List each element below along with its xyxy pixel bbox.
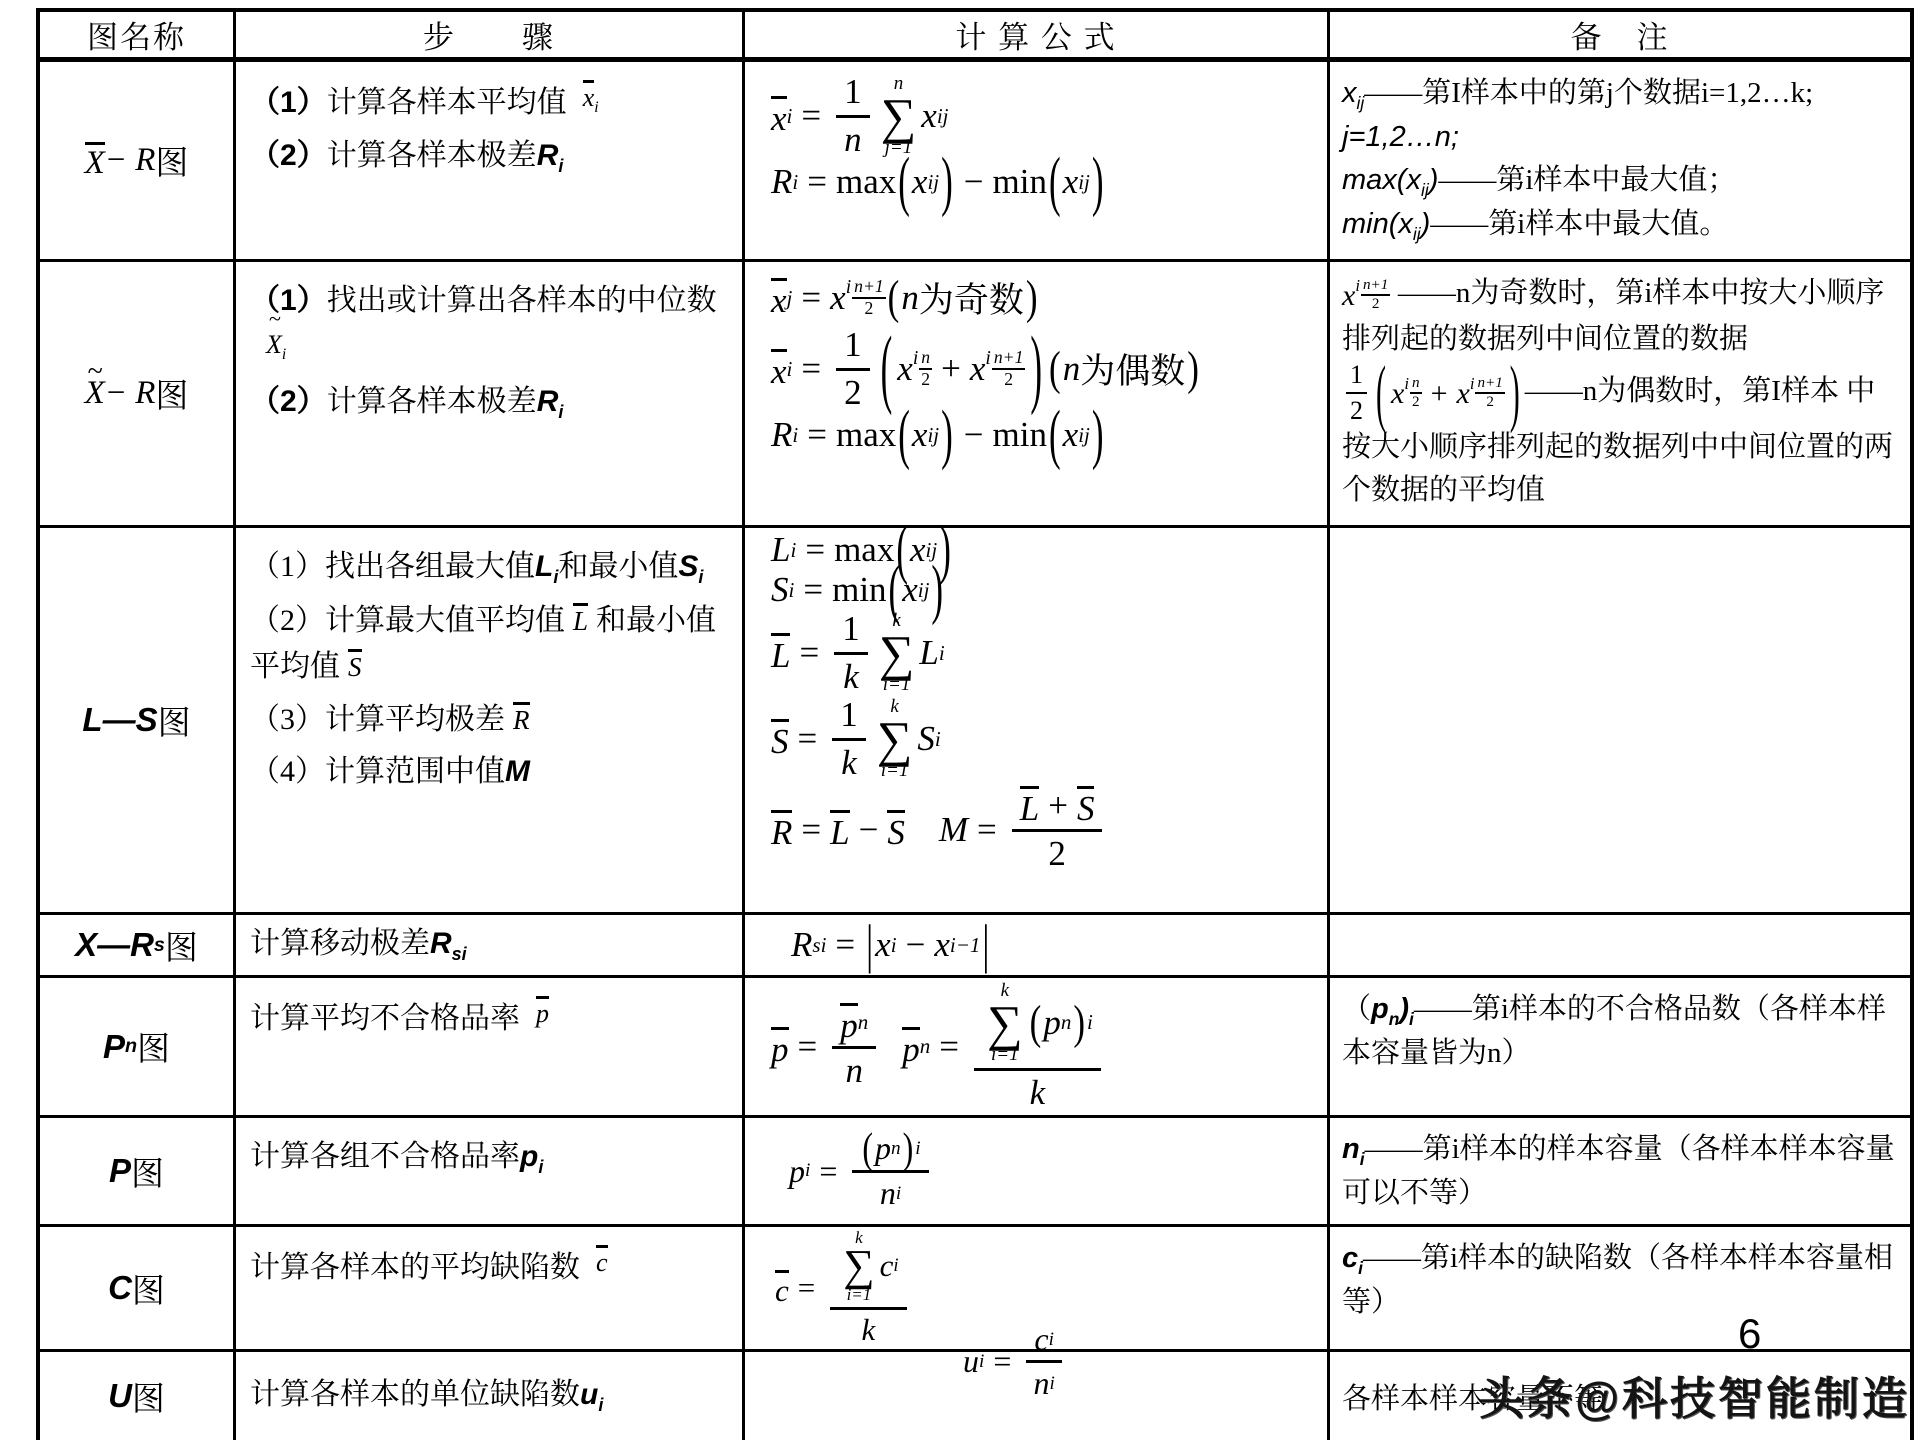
inline-math: ni xyxy=(1342,1133,1365,1165)
bar-symbol: c xyxy=(596,1245,608,1276)
math-token: R xyxy=(771,162,792,202)
fraction: L+S2 xyxy=(1012,786,1103,874)
inline-math: xi xyxy=(583,83,599,112)
row-l-s-remarks xyxy=(1330,528,1910,915)
label-text: P xyxy=(109,1152,131,1190)
formula-line: c=k∑i=1cik xyxy=(775,1229,913,1347)
bar-symbol: L xyxy=(771,633,790,673)
inline-math: X~i xyxy=(266,330,286,359)
inline-math: Ri xyxy=(537,139,564,172)
step-line: 计算平均不合格品率p xyxy=(250,994,734,1043)
fraction: 12 xyxy=(836,326,870,412)
math-token: x xyxy=(970,349,986,389)
math-token: x xyxy=(830,278,846,318)
paren: ) xyxy=(1030,319,1042,419)
bar-symbol: c xyxy=(775,1270,789,1306)
watermark: 头条@科技智能制造 xyxy=(1479,1362,1910,1427)
row-xbar-r-formula: xi=1nn∑j=1xij Ri=max(xij)−min(xij) xyxy=(745,62,1330,262)
label-text: U xyxy=(108,1377,132,1415)
remark-line: xij——第I样本中的第j个数据i=1,2…k; xyxy=(1342,72,1902,116)
math-token: max xyxy=(836,415,896,455)
bar-symbol: p xyxy=(536,996,549,1027)
step-text: 找出或计算出各样本的中位数 xyxy=(327,284,717,317)
math-token: ij xyxy=(927,423,939,447)
bar-symbol: p xyxy=(771,1027,789,1067)
math-token: i xyxy=(792,170,798,194)
math-token: u xyxy=(963,1343,979,1380)
paren: ( xyxy=(881,319,893,419)
row-xmed-r-remarks: xin+12 ——n为奇数时，第i样本中按大小顺序排列起的数据列中间位置的数据 … xyxy=(1330,262,1910,528)
fraction: cini xyxy=(1026,1322,1062,1401)
math-token: x xyxy=(897,349,913,389)
math-token: i xyxy=(792,423,798,447)
header-label: 步 骤 xyxy=(423,12,555,57)
math-token: M xyxy=(939,810,968,850)
paren: ( xyxy=(1049,342,1061,396)
paren: ( xyxy=(898,144,910,220)
subscript-group: in+12 xyxy=(846,278,886,317)
math-token: max xyxy=(836,162,896,202)
summation: k∑i=1 xyxy=(843,1229,874,1303)
remark-text: ——第i样本的缺陷数（各样本样本容量相等） xyxy=(1342,1242,1893,1318)
bar-symbol: L xyxy=(1020,786,1039,826)
paren: ) xyxy=(1510,337,1520,450)
math-token: L xyxy=(771,530,790,570)
xbar-symbol: x xyxy=(771,96,787,136)
formula-line: Rsi=|xi−xi−1| xyxy=(791,925,991,965)
paren: ) xyxy=(1092,397,1104,473)
math-token: i xyxy=(594,99,598,116)
paren: ) xyxy=(941,144,953,220)
remark-text: ——第i样本中最大值。 xyxy=(1430,208,1728,240)
sigma-symbol: ∑ xyxy=(879,631,915,675)
label-text: C xyxy=(108,1269,132,1307)
bar-symbol: L xyxy=(830,810,849,850)
math-token: X xyxy=(85,145,105,181)
math-token: = xyxy=(807,162,827,202)
formula-line: xj=xin+12(n为奇数) xyxy=(771,273,1327,323)
xbar-symbol: x xyxy=(771,349,787,389)
row-xbar-r-steps: （1）计算各样本平均值xi （2）计算各样本极差Ri xyxy=(236,62,745,262)
math-token: i xyxy=(282,346,286,363)
paren: ( xyxy=(1376,337,1386,450)
sigma-symbol: ∑ xyxy=(843,1247,874,1286)
row-x-rs-steps: 计算移动极差Rsi xyxy=(236,915,745,978)
inline-math: 12(xin2+xin+12) xyxy=(1342,361,1525,425)
remark-line: min(xij)——第i样本中最大值。 xyxy=(1342,203,1902,247)
formula-line: ui=cini xyxy=(963,1322,1327,1401)
row-x-rs-name: X—Rs图 xyxy=(40,915,236,978)
fraction: (pn)ini xyxy=(852,1131,928,1210)
formula-line: S=1kk∑i=1Si xyxy=(771,696,1327,782)
bar-symbol: S xyxy=(771,719,789,759)
inline-math: min(xij) xyxy=(1342,208,1430,240)
step-number: （1） xyxy=(250,284,327,317)
math-token: R xyxy=(537,139,559,172)
inline-math: M xyxy=(505,755,530,788)
paren: ) xyxy=(1187,342,1199,396)
paren: ) xyxy=(903,1125,914,1173)
paren: ) xyxy=(1073,997,1085,1049)
row-u-formula: ui=cini xyxy=(745,1352,1330,1440)
row-xbar-r-name: X − R 图 xyxy=(40,62,236,262)
label-text: 图 xyxy=(155,137,188,184)
math-token: ij xyxy=(937,104,949,128)
step-text: 计算各样本的单位缺陷数 xyxy=(250,1378,580,1411)
math-token: x xyxy=(771,281,787,320)
formula-line: Ri=max(xij)−min(xij) xyxy=(771,162,1327,202)
fraction: k∑i=1(pn)ik xyxy=(974,981,1101,1112)
row-p-steps: 计算各组不合格品率pi xyxy=(236,1118,745,1227)
formula-line: R=L−SM=L+S2 xyxy=(771,786,1327,874)
fraction: 1n xyxy=(836,73,870,159)
header-label: 备 注 xyxy=(1571,12,1670,57)
step-line: 计算移动极差Rsi xyxy=(250,921,467,969)
math-token: − xyxy=(964,415,984,455)
label-text: P xyxy=(103,1028,125,1066)
remark-text: ——第i样本的样本容量（各样本样本容量可以不等） xyxy=(1342,1133,1895,1209)
label-text: 图 xyxy=(131,1148,164,1195)
step-text: 计算各组不合格品率 xyxy=(250,1140,520,1173)
step-text: 计算各样本极差 xyxy=(327,385,537,418)
math-token: x xyxy=(912,162,928,202)
math-token: = xyxy=(807,415,827,455)
fraction: 1k xyxy=(832,696,866,782)
xbar-symbol: x xyxy=(583,80,595,111)
row-p-name: P 图 xyxy=(40,1118,236,1227)
formula-line: p=pnnpn=k∑i=1(pn)ik xyxy=(771,981,1107,1112)
math-token: X xyxy=(266,330,282,359)
row-l-s-formula: Li=max(xij) Si=min(xij) L=1kk∑i=1Li S=1k… xyxy=(745,528,1330,915)
paren: ( xyxy=(898,397,910,473)
bar-symbol: p xyxy=(840,1003,858,1043)
math-token: ij xyxy=(1078,170,1090,194)
math-token: x xyxy=(771,99,787,138)
math-token: = xyxy=(801,278,821,318)
remark-text: ——第I样本中的第j个数据i=1,2…k; xyxy=(1364,77,1813,109)
remark-text: ——第i样本中最大值； xyxy=(1438,164,1736,196)
header-remarks: 备 注 xyxy=(1330,12,1910,62)
remark-text: ——第i样本的不合格品数（各样本样本容量皆为n） xyxy=(1342,993,1886,1069)
inline-math: pn)i xyxy=(1371,993,1414,1025)
label-sub: s xyxy=(154,934,165,957)
inline-math: R xyxy=(513,702,530,734)
row-u-name: U图 xyxy=(40,1352,236,1440)
step-line: （1）找出各组最大值Li和最小值Si xyxy=(250,544,734,592)
step-line: 计算各样本的单位缺陷数ui xyxy=(250,1372,603,1420)
step-line: （1）找出或计算出各样本的中位数X~i xyxy=(250,278,734,373)
label-text: 图 xyxy=(132,1373,165,1420)
row-pn-remarks: （pn)i——第i样本的不合格品数（各样本样本容量皆为n） xyxy=(1330,978,1910,1118)
paren: ) xyxy=(1092,144,1104,220)
label-text: 图 xyxy=(132,1265,165,1312)
remark-line: j=1,2…n; xyxy=(1342,116,1902,160)
label-text: L—S xyxy=(82,701,157,739)
remark-flow: ni——第i样本的样本容量（各样本样本容量可以不等） xyxy=(1342,1128,1902,1215)
math-token: n xyxy=(1063,349,1081,389)
inline-math: pi xyxy=(520,1140,543,1173)
inline-math: L xyxy=(573,603,588,635)
paren: ( xyxy=(862,1125,873,1173)
fraction: pnn xyxy=(832,1003,876,1091)
row-u-steps: 计算各样本的单位缺陷数ui xyxy=(236,1352,745,1440)
sigma-symbol: ∑ xyxy=(881,94,917,138)
row-c-remarks: ci——第i样本的缺陷数（各样本样本容量相等） xyxy=(1330,1227,1910,1352)
bar-symbol: S xyxy=(1077,786,1095,826)
math-token: min xyxy=(993,415,1047,455)
remark-text: ——n为奇数时，第i样本中按大小顺序排列起的数据列中间位置的数据 xyxy=(1342,277,1884,355)
step-line: （1）计算各样本平均值xi xyxy=(250,78,734,127)
row-xmed-r-name: X~ − R 图 xyxy=(40,262,236,528)
row-l-s-steps: （1）找出各组最大值Li和最小值Si （2）计算最大值平均值L和最小值平均值S … xyxy=(236,528,745,915)
inline-math: S xyxy=(348,649,362,681)
math-token: − R xyxy=(105,142,156,179)
sigma-symbol: ∑ xyxy=(987,1001,1023,1045)
xtilde-symbol: X~ xyxy=(85,375,105,412)
header-formula: 计 算 公 式 xyxy=(745,12,1330,62)
row-pn-name: Pn图 xyxy=(40,978,236,1118)
math-token: n xyxy=(901,278,919,318)
inline-math: p xyxy=(536,999,549,1028)
abs-bar: | xyxy=(866,914,873,976)
step-number: （2） xyxy=(250,139,327,172)
math-token: = xyxy=(801,349,821,389)
step-text: 计算平均不合格品率 xyxy=(250,1002,520,1035)
page-number: 6 xyxy=(1738,1310,1761,1358)
math-token: x xyxy=(771,352,787,391)
math-token: R xyxy=(791,925,812,965)
formula-line: pi=(pn)ini xyxy=(789,1131,935,1210)
step-text: （4）计算范围中值 xyxy=(250,755,505,788)
math-token: x xyxy=(1063,162,1079,202)
remark-flow: xin+12 ——n为奇数时，第i样本中按大小顺序排列起的数据列中间位置的数据 … xyxy=(1342,272,1902,513)
formula-table: 图名称 步 骤 计 算 公 式 备 注 X − R 图 （1）计算各样本平均值x… xyxy=(36,8,1914,1440)
inline-math: Rsi xyxy=(430,927,467,960)
math-token: ij xyxy=(1078,423,1090,447)
inline-math: Li xyxy=(535,550,558,583)
row-c-steps: 计算各样本的平均缺陷数c xyxy=(236,1227,745,1352)
sigma-symbol: ∑ xyxy=(877,717,913,761)
paren: ) xyxy=(931,552,943,628)
math-token: x xyxy=(921,96,937,136)
fraction: k∑i=1cik xyxy=(830,1229,906,1347)
step-line: 计算各组不合格品率pi xyxy=(250,1134,734,1182)
remark-flow: ci——第i样本的缺陷数（各样本样本容量相等） xyxy=(1342,1237,1902,1324)
paren: ) xyxy=(941,397,953,473)
step-text: （2）计算最大值平均值 xyxy=(250,604,565,637)
condition-text: 为奇数 xyxy=(919,273,1024,323)
step-text: 计算各样本极差 xyxy=(327,139,537,172)
tilde-mark: ~ xyxy=(88,358,103,386)
math-token: 1 xyxy=(836,73,870,118)
row-pn-steps: 计算平均不合格品率p xyxy=(236,978,745,1118)
subscript-group: in2 xyxy=(913,349,932,388)
fraction: 1k xyxy=(834,610,868,696)
inline-math: max(xij) xyxy=(1342,164,1438,196)
row-p-formula: pi=(pn)ini xyxy=(745,1118,1330,1227)
step-line: （4）计算范围中值M xyxy=(250,749,734,796)
bar-symbol: S xyxy=(887,810,905,850)
step-line: （2）计算各样本极差Ri xyxy=(250,379,734,427)
step-line: （2）计算最大值平均值L和最小值平均值S xyxy=(250,598,734,691)
math-token: i xyxy=(787,104,793,128)
header-steps: 步 骤 xyxy=(236,12,745,62)
header-chart-name: 图名称 xyxy=(40,12,236,62)
step-line: （3）计算平均极差R xyxy=(250,697,734,744)
row-xmed-r-formula: xj=xin+12(n为奇数) xi=12(xin2+xin+12)(n为偶数)… xyxy=(745,262,1330,528)
document-page: { "header": {"c1":"图名称","c2":"步 骤","c3":… xyxy=(0,0,1920,1440)
label-text: 图 xyxy=(158,697,191,744)
header-label: 图名称 xyxy=(87,12,186,57)
paren: ( xyxy=(888,271,900,325)
row-x-rs-remarks xyxy=(1330,915,1910,978)
label-text: X—R xyxy=(75,926,154,964)
math-token: + xyxy=(941,349,961,389)
inline-math: Si xyxy=(678,550,703,583)
math-token: p xyxy=(789,1153,805,1190)
step-text: （1）找出各组最大值 xyxy=(250,550,535,583)
subscript-group: in+12 xyxy=(985,349,1025,388)
abs-bar: | xyxy=(982,914,989,976)
inline-math: ci xyxy=(1342,1242,1363,1274)
label-text: 图 xyxy=(165,922,198,969)
label-text: 图 xyxy=(155,370,188,417)
xbar-symbol: X xyxy=(85,142,105,180)
math-token: min xyxy=(832,570,886,610)
math-token: ij xyxy=(927,170,939,194)
tilde-mark: ~ xyxy=(269,308,281,330)
row-xmed-r-steps: （1）找出或计算出各样本的中位数X~i （2）计算各样本极差Ri xyxy=(236,262,745,528)
paren: ( xyxy=(1049,144,1061,220)
math-token: min xyxy=(993,162,1047,202)
inline-math: Ri xyxy=(537,385,564,418)
math-token: − R xyxy=(105,375,156,412)
remark-text: （ xyxy=(1342,993,1371,1025)
bar-symbol: p xyxy=(902,1027,920,1067)
remark-flow: （pn)i——第i样本的不合格品数（各样本样本容量皆为n） xyxy=(1342,988,1902,1075)
math-token: x xyxy=(1063,415,1079,455)
inline-math: c xyxy=(596,1248,608,1277)
step-text: 计算移动极差 xyxy=(250,927,430,960)
paren: ) xyxy=(1026,271,1038,325)
row-x-rs-formula: Rsi=|xi−xi−1| xyxy=(745,915,1330,978)
row-pn-formula: p=pnnpn=k∑i=1(pn)ik xyxy=(745,978,1330,1118)
step-text: 计算各样本的平均缺陷数 xyxy=(250,1251,580,1284)
label-text: 图 xyxy=(137,1023,170,1070)
paren: ( xyxy=(889,552,901,628)
summation: k∑i=1 xyxy=(987,981,1023,1065)
math-token: i xyxy=(558,156,563,176)
inline-math: ui xyxy=(580,1378,603,1411)
condition-text: 为偶数 xyxy=(1080,344,1185,394)
math-token: x xyxy=(583,83,595,112)
row-xbar-r-remarks: xij——第I样本中的第j个数据i=1,2…k; j=1,2…n; max(xi… xyxy=(1330,62,1910,262)
math-token: x xyxy=(912,415,928,455)
step-number: （1） xyxy=(250,86,327,119)
row-p-remarks: ni——第i样本的样本容量（各样本样本容量可以不等） xyxy=(1330,1118,1910,1227)
summation: k∑i=1 xyxy=(877,697,913,781)
step-text: 和最小值 xyxy=(558,550,678,583)
math-token: S xyxy=(771,570,789,610)
xbar-symbol: x xyxy=(771,278,787,318)
bar-symbol: R xyxy=(771,810,792,850)
math-token: R xyxy=(771,415,792,455)
formula-line: Si=min(xij) xyxy=(771,570,1327,610)
step-line: 计算各样本的平均缺陷数c xyxy=(250,1243,734,1292)
row-l-s-name: L—S图 xyxy=(40,528,236,915)
math-token: − xyxy=(964,162,984,202)
step-number: （2） xyxy=(250,385,327,418)
step-line: （2）计算各样本极差Ri xyxy=(250,133,734,181)
remark-text: j=1,2…n; xyxy=(1342,121,1459,153)
inline-math: xij xyxy=(1342,77,1364,109)
math-token: max xyxy=(834,530,894,570)
math-token: j xyxy=(787,286,793,310)
formula-line: Li=max(xij) xyxy=(771,530,1327,570)
header-label: 计 算 公 式 xyxy=(955,12,1116,57)
row-c-name: C图 xyxy=(40,1227,236,1352)
step-text: （3）计算平均极差 xyxy=(250,703,505,736)
inline-math: xin+12 xyxy=(1342,273,1398,318)
formula-line: L=1kk∑i=1Li xyxy=(771,610,1327,696)
math-token: i xyxy=(787,357,793,381)
paren: ( xyxy=(1049,397,1061,473)
formula-line: Ri=max(xij)−min(xij) xyxy=(771,415,1327,455)
remark-line: max(xij)——第i样本中最大值； xyxy=(1342,159,1902,203)
step-text: 计算各样本平均值 xyxy=(327,86,567,119)
math-token: n xyxy=(844,118,862,160)
math-token: = xyxy=(801,96,821,136)
label-sub: n xyxy=(125,1035,137,1058)
paren: ( xyxy=(1030,997,1042,1049)
